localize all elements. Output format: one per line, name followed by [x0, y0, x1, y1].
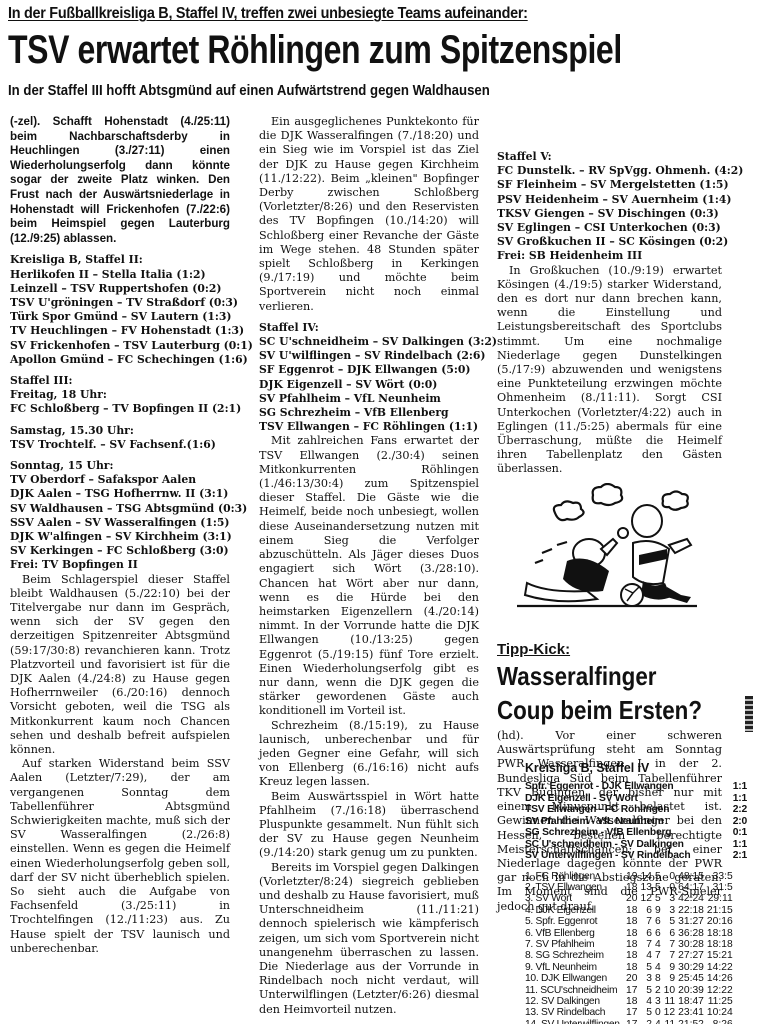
result-line: SV Kerkingen – FC Schloßberg (3:0)	[10, 544, 230, 558]
standings-cell-team: 9. VfL Neunheim	[525, 962, 623, 973]
standings-cell-team: 7. SV Pfahlheim	[525, 939, 623, 950]
standings-row: 8. SG Schrezheim1847727:2715:21	[525, 950, 733, 961]
result-line: Apollon Gmünd – FC Schechingen (1:6)	[10, 353, 230, 367]
league-table: Kreisliga B, Staffel IV Spfr. Eggenrot -…	[525, 760, 747, 1024]
standings-cell-team: 1. FC Röhlingen	[525, 871, 623, 882]
match-score: 1:1	[733, 793, 747, 805]
standings-cell-l: 0	[661, 882, 675, 893]
standings-cell-d: 2	[652, 985, 661, 996]
standings-cell-goals: 42:24	[675, 893, 704, 904]
standings-cell-team: 11. SCU'schneidheim	[525, 985, 623, 996]
result-line: TSV Ellwangen – FC Röhlingen (1:1)	[259, 420, 479, 434]
match-fixture: TSV Ellwangen - FC Röhlingen	[525, 804, 669, 816]
standings-cell-p: 18	[623, 928, 637, 939]
match-fixture: SV Pfahlheim - VfL Neunheim	[525, 816, 664, 828]
standings-cell-points: 12:22	[704, 985, 733, 996]
result-line: FC Dunstelk. – RV SpVgg. Ohmenh. (4:2)	[497, 164, 722, 178]
standings-cell-l: 11	[661, 996, 675, 1007]
result-line: SF Eggenrot – DJK Ellwangen (5:0)	[259, 363, 479, 377]
standings-cell-w: 5	[637, 1007, 651, 1018]
result-line: Herlikofen II – Stella Italia (1:2)	[10, 268, 230, 282]
standings-cell-team: 3. SV Wört	[525, 893, 623, 904]
standings-cell-w: 4	[637, 996, 651, 1007]
standings-cell-p: 20	[623, 973, 637, 984]
standings-cell-w: 2	[637, 1019, 651, 1024]
match-row: SC U'schneidheim - SV Dalkingen1:1	[525, 839, 747, 851]
body-paragraph: In Großkuchen (10./9:19) erwartet Kösing…	[497, 264, 722, 477]
standings-cell-points: 14:22	[704, 962, 733, 973]
staffel3-free: Frei: TV Bopfingen II	[10, 558, 230, 572]
standings-cell-points: 29:11	[704, 893, 733, 904]
standings-cell-goals: 48:15	[675, 871, 704, 882]
standings-cell-p: 18	[623, 962, 637, 973]
standings-cell-goals: 22:18	[675, 905, 704, 916]
match-row: SV Unterwilflingen - SV Rindelbach2:1	[525, 850, 747, 862]
standings-row: 10. DJK Ellwangen2038925:4514:26	[525, 973, 733, 984]
standings-row: 11. SCU'schneidheim17521020:3912:22	[525, 985, 733, 996]
standings-cell-p: 17	[623, 1007, 637, 1018]
match-score: 0:1	[733, 827, 747, 839]
standings-cell-goals: 36:28	[675, 928, 704, 939]
staffel3-saturday-label: Samstag, 15.30 Uhr:	[10, 424, 230, 438]
standings-cell-team: 13. SV Rindelbach	[525, 1007, 623, 1018]
match-fixture: SV Unterwilflingen - SV Rindelbach	[525, 850, 690, 862]
standings-cell-l: 9	[661, 973, 675, 984]
staffel3-title: Staffel III:	[10, 374, 230, 388]
standings-cell-d: 4	[652, 1019, 661, 1024]
standings-cell-points: 33:5	[704, 871, 733, 882]
standings-cell-l: 6	[661, 928, 675, 939]
match-row: TSV Ellwangen - FC Röhlingen2:2	[525, 804, 747, 816]
standings-cell-d: 0	[652, 1007, 661, 1018]
standings-cell-team: 14. SV Unterwilflingen	[525, 1019, 623, 1024]
match-fixture: Spfr. Eggenrot - DJK Ellwangen	[525, 781, 673, 793]
standings-cell-l: 9	[661, 962, 675, 973]
standings-cell-goals: 21:52	[675, 1019, 704, 1024]
league-table-title: Kreisliga B, Staffel IV	[525, 760, 736, 775]
standings-cell-goals: 23:41	[675, 1007, 704, 1018]
match-score: 2:2	[733, 804, 747, 816]
standings-cell-l: 7	[661, 950, 675, 961]
standings-cell-p: 18	[623, 996, 637, 1007]
standings-cell-p: 18	[623, 905, 637, 916]
result-line: PSV Heidenheim – SV Auernheim (1:4)	[497, 193, 722, 207]
result-line: SV Eglingen – CSI Unterkochen (0:3)	[497, 221, 722, 235]
staffel5-title: Staffel V:	[497, 150, 722, 164]
result-line: Leinzell – TSV Ruppertshofen (0:2)	[10, 282, 230, 296]
result-line: TKSV Giengen – SV Dischingen (0:3)	[497, 207, 722, 221]
standings-cell-d: 8	[652, 973, 661, 984]
match-fixture: SG Schrezheim - VfB Ellenberg	[525, 827, 671, 839]
result-line: TV Oberdorf – Safakspor Aalen	[10, 473, 230, 487]
result-line: SV Pfahlheim – VfL Neunheim	[259, 392, 479, 406]
scan-edge-mark	[745, 696, 753, 732]
body-paragraph: Bereits im Vorspiel gegen Dalkingen (Vor…	[259, 861, 479, 1017]
standings-cell-l: 3	[661, 905, 675, 916]
tipp-kick-headline-line1: Wasseralfinger	[497, 661, 691, 691]
standings-cell-points: 11:25	[704, 996, 733, 1007]
standings-cell-goals: 30:29	[675, 962, 704, 973]
body-paragraph: Schrezheim (8./15:19), zu Hause launisch…	[259, 719, 479, 790]
standings-cell-p: 20	[623, 893, 637, 904]
standings-cell-points: 8:26	[704, 1019, 733, 1024]
article-kicker: In der Fußballkreisliga B, Staffel IV, t…	[8, 5, 528, 23]
standings-cell-p: 18	[623, 950, 637, 961]
article-lead-paragraph: (-zel). Schafft Hohenstadt (4./25:11) be…	[10, 115, 230, 246]
standings-cell-l: 7	[661, 939, 675, 950]
standings-cell-p: 18	[623, 939, 637, 950]
tipp-kick-headline-line2: Coup beim Ersten?	[497, 695, 691, 725]
standings-cell-team: 2. TSV Ellwangen	[525, 882, 623, 893]
result-line: TSV Trochtelf. – SV Fachsenf.(1:6)	[10, 438, 230, 452]
standings-cell-points: 18:18	[704, 928, 733, 939]
standings-cell-p: 18	[623, 882, 637, 893]
standings-cell-l: 12	[661, 1007, 675, 1018]
staffel2-title: Kreisliga B, Staffel II:	[10, 253, 230, 267]
standings-cell-goals: 30:28	[675, 939, 704, 950]
standings-cell-w: 6	[637, 905, 651, 916]
standings-row: 14. SV Unterwilflingen17241121:528:26	[525, 1019, 733, 1024]
standings-row: 12. SV Dalkingen18431118:4711:25	[525, 996, 733, 1007]
result-line: DJK Aalen – TSG Hofherrnw. II (3:1)	[10, 487, 230, 501]
standings-row: 9. VfL Neunheim1854930:2914:22	[525, 962, 733, 973]
result-line: Türk Spor Gmünd – SV Lautern (1:3)	[10, 310, 230, 324]
body-paragraph: Beim Schlagerspiel dieser Staffel bleibt…	[10, 573, 230, 758]
standings-cell-points: 15:21	[704, 950, 733, 961]
match-row: Spfr. Eggenrot - DJK Ellwangen1:1	[525, 781, 747, 793]
match-fixture: SC U'schneidheim - SV Dalkingen	[525, 839, 684, 851]
standings-cell-points: 18:18	[704, 939, 733, 950]
standings-cell-points: 20:16	[704, 916, 733, 927]
article-column-2: Ein ausgeglichenes Punktekonto für die D…	[259, 115, 479, 1017]
match-fixture: DJK Eigenzell - SV Wört	[525, 793, 638, 805]
standings-cell-d: 6	[652, 928, 661, 939]
standings-row: 5. Spfr. Eggenrot1876531:2720:16	[525, 916, 733, 927]
standings-cell-l: 11	[661, 1019, 675, 1024]
standings-cell-d: 5	[652, 893, 661, 904]
result-line: SG Schrezheim – VfB Ellenberg	[259, 406, 479, 420]
match-score: 2:1	[733, 850, 747, 862]
standings-cell-d: 6	[652, 916, 661, 927]
standings-cell-team: 8. SG Schrezheim	[525, 950, 623, 961]
standings-cell-d: 5	[652, 882, 661, 893]
body-paragraph: Beim Auswärtsspiel in Wört hatte Pfahlhe…	[259, 790, 479, 861]
standings-table: 1. FC Röhlingen19145048:1533:52. TSV Ell…	[525, 871, 733, 1024]
match-row: SG Schrezheim - VfB Ellenberg0:1	[525, 827, 747, 839]
result-line: SV U'wilflingen – SV Rindelbach (2:6)	[259, 349, 479, 363]
standings-cell-w: 6	[637, 928, 651, 939]
soccer-players-cartoon-icon	[497, 483, 722, 613]
standings-row: 2. TSV Ellwangen18135064:1731:5	[525, 882, 733, 893]
standings-cell-points: 21:15	[704, 905, 733, 916]
standings-cell-w: 5	[637, 985, 651, 996]
standings-cell-d: 4	[652, 939, 661, 950]
standings-cell-d: 5	[652, 871, 661, 882]
standings-cell-goals: 27:27	[675, 950, 704, 961]
standings-cell-d: 7	[652, 950, 661, 961]
standings-cell-w: 7	[637, 916, 651, 927]
result-line: SF Fleinheim – SV Mergelstetten (1:5)	[497, 178, 722, 192]
standings-cell-p: 19	[623, 871, 637, 882]
staffel4-title: Staffel IV:	[259, 321, 479, 335]
standings-cell-goals: 20:39	[675, 985, 704, 996]
standings-cell-goals: 25:45	[675, 973, 704, 984]
match-row: DJK Eigenzell - SV Wört1:1	[525, 793, 747, 805]
standings-cell-d: 4	[652, 962, 661, 973]
standings-cell-l: 3	[661, 893, 675, 904]
standings-cell-l: 10	[661, 985, 675, 996]
standings-row: 4. DJK Eigenzell1869322:1821:15	[525, 905, 733, 916]
standings-row: 1. FC Röhlingen19145048:1533:5	[525, 871, 733, 882]
standings-cell-team: 10. DJK Ellwangen	[525, 973, 623, 984]
standings-cell-goals: 31:27	[675, 916, 704, 927]
standings-cell-l: 0	[661, 871, 675, 882]
article-column-1: (-zel). Schafft Hohenstadt (4./25:11) be…	[10, 115, 230, 956]
result-line: SV Waldhausen – TSG Abtsgmünd (0:3)	[10, 502, 230, 516]
standings-cell-team: 6. VfB Ellenberg	[525, 928, 623, 939]
article-subhead: In der Staffel III hofft Abtsgmünd auf e…	[8, 82, 490, 99]
standings-cell-w: 14	[637, 871, 651, 882]
standings-cell-points: 14:26	[704, 973, 733, 984]
staffel3-friday-label: Freitag, 18 Uhr:	[10, 388, 230, 402]
result-line: DJK W'alfingen – SV Kirchheim (3:1)	[10, 530, 230, 544]
standings-cell-d: 9	[652, 905, 661, 916]
match-score: 1:1	[733, 839, 747, 851]
standings-cell-team: 12. SV Dalkingen	[525, 996, 623, 1007]
body-paragraph: Ein ausgeglichenes Punktekonto für die D…	[259, 115, 479, 314]
result-line: TSV U'gröningen – TV Straßdorf (0:3)	[10, 296, 230, 310]
standings-cell-points: 10:24	[704, 1007, 733, 1018]
result-line: SC U'schneidheim – SV Dalkingen (3:2)	[259, 335, 479, 349]
standings-cell-w: 12	[637, 893, 651, 904]
standings-cell-d: 3	[652, 996, 661, 1007]
standings-row: 7. SV Pfahlheim1874730:2818:18	[525, 939, 733, 950]
standings-cell-goals: 64:17	[675, 882, 704, 893]
standings-cell-goals: 18:47	[675, 996, 704, 1007]
standings-cell-p: 18	[623, 916, 637, 927]
body-paragraph: Mit zahlreichen Fans erwartet der TSV El…	[259, 434, 479, 718]
standings-cell-w: 5	[637, 962, 651, 973]
result-line: DJK Eigenzell – SV Wört (0:0)	[259, 378, 479, 392]
result-line: SV Großkuchen II – SC Kösingen (0:2)	[497, 235, 722, 249]
body-paragraph: Auf starken Widerstand beim SSV Aalen (L…	[10, 757, 230, 956]
standings-row: 13. SV Rindelbach17501223:4110:24	[525, 1007, 733, 1018]
match-score: 1:1	[733, 781, 747, 793]
article-headline: TSV erwartet Röhlingen zum Spitzenspiel	[8, 28, 622, 72]
staffel3-sunday-label: Sonntag, 15 Uhr:	[10, 459, 230, 473]
staffel5-free: Frei: SB Heidenheim III	[497, 249, 722, 263]
standings-row: 6. VfB Ellenberg1866636:2818:18	[525, 928, 733, 939]
result-line: SV Frickenhofen – TSV Lauterburg (0:1)	[10, 339, 230, 353]
tipp-kick-kicker: Tipp-Kick:	[497, 643, 722, 657]
standings-cell-p: 17	[623, 985, 637, 996]
standings-cell-team: 4. DJK Eigenzell	[525, 905, 623, 916]
standings-cell-team: 5. Spfr. Eggenrot	[525, 916, 623, 927]
standings-cell-w: 4	[637, 950, 651, 961]
match-score: 2:0	[733, 816, 747, 828]
result-line: SSV Aalen – SV Wasseralfingen (1:5)	[10, 516, 230, 530]
standings-cell-l: 5	[661, 916, 675, 927]
standings-row: 3. SV Wört20125342:2429:11	[525, 893, 733, 904]
standings-cell-w: 7	[637, 939, 651, 950]
result-line: FC Schloßberg – TV Bopfingen II (2:1)	[10, 402, 230, 416]
result-line: TV Heuchlingen – FV Hohenstadt (1:3)	[10, 324, 230, 338]
standings-cell-p: 17	[623, 1019, 637, 1024]
standings-cell-points: 31:5	[704, 882, 733, 893]
standings-cell-w: 3	[637, 973, 651, 984]
match-row: SV Pfahlheim - VfL Neunheim2:0	[525, 816, 747, 828]
standings-cell-w: 13	[637, 882, 651, 893]
